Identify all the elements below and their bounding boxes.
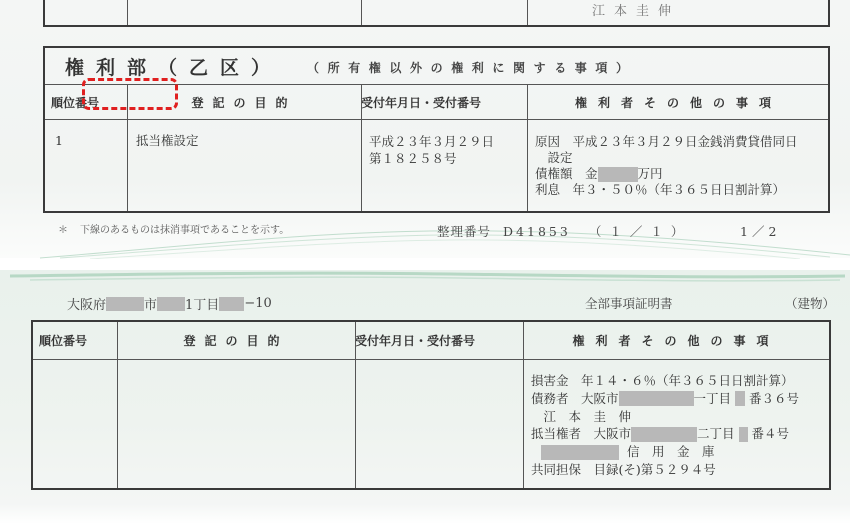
detail-joint-collateral: 共同担保 目録(そ)第５２９４号 [531, 461, 799, 479]
rights-details: 損害金 年１４・６％（年３６５日日割計算） 債務者 大阪市 一丁目 番３６号 江… [531, 372, 799, 479]
watermark-pattern [0, 270, 850, 292]
footnote: ＊下線のあるものは抹消事項であることを示す。 [58, 221, 289, 236]
detail-mortgagee: 抵当権者 大阪市 二丁目 番４号 [531, 425, 799, 443]
header-rank: 順位番号 [39, 322, 87, 359]
page-number: 1／2 [740, 222, 780, 240]
redacted-block [739, 427, 748, 442]
redacted-block [631, 427, 697, 442]
table-header-row: 順位番号 登記の目的 受付年月日・受付番号 権利者その他の事項 [33, 322, 829, 360]
receipt-date: 平成２３年３月２９日 [369, 134, 494, 150]
continuation-table: 順位番号 登記の目的 受付年月日・受付番号 権利者その他の事項 損害金 年１４・… [31, 320, 831, 490]
previous-table-stub: 江本圭伸 [43, 0, 830, 27]
redacted-block [735, 391, 745, 406]
registration-purpose: 抵当権設定 [136, 133, 199, 149]
redacted-block [157, 297, 185, 311]
rights-details: 原因 平成２３年３月２９日金銭消費貸借同日 設定 債権額 金 万円 利息 年３・… [535, 134, 798, 198]
previous-owner-name: 江本圭伸 [592, 0, 680, 19]
redacted-block [619, 391, 694, 406]
header-details: 権利者その他の事項 [527, 85, 830, 119]
detail-cause: 原因 平成２３年３月２９日金銭消費貸借同日 [535, 134, 798, 150]
redacted-block [219, 297, 244, 311]
detail-debtor: 債務者 大阪市 一丁目 番３６号 [531, 390, 799, 408]
receipt-number: 第１８２５８号 [369, 151, 457, 167]
reference-number: 整理番号D41853（１／１） [437, 222, 691, 240]
detail-interest: 利息 年３・５０％（年３６５日日割計算） [535, 182, 798, 198]
header-details: 権利者その他の事項 [523, 322, 829, 359]
redacted-block [598, 167, 638, 182]
header-receipt: 受付年月日・受付番号 [355, 322, 475, 359]
detail-cause-cont: 設定 [535, 150, 798, 166]
redacted-block [106, 297, 144, 311]
document-kind: （建物） [785, 294, 835, 312]
header-purpose: 登記の目的 [117, 322, 355, 359]
document-title: 全部事項証明書 [585, 294, 673, 312]
section-title: 権利部（乙区） [65, 53, 282, 80]
detail-mortgagee-name: 信 用 金 庫 [531, 443, 799, 461]
property-address: 大阪府 市 1丁目 −10 [67, 294, 272, 313]
detail-claim-amount: 債権額 金 万円 [535, 166, 798, 182]
detail-debtor-name: 江 本 圭 伸 [531, 408, 799, 426]
header-receipt: 受付年月日・受付番号 [361, 85, 481, 119]
highlight-annotation [82, 78, 178, 110]
redacted-block [541, 445, 619, 460]
detail-damages: 損害金 年１４・６％（年３６５日日割計算） [531, 372, 799, 390]
rank-number: 1 [55, 133, 63, 149]
section-subtitle: （所有権以外の権利に関する事項） [307, 59, 637, 76]
otsu-section-table: 権利部（乙区） （所有権以外の権利に関する事項） 順位番号 登記の目的 受付年月… [43, 46, 830, 213]
page-1: 江本圭伸 権利部（乙区） （所有権以外の権利に関する事項） 順位番号 登記の目的… [0, 0, 850, 258]
